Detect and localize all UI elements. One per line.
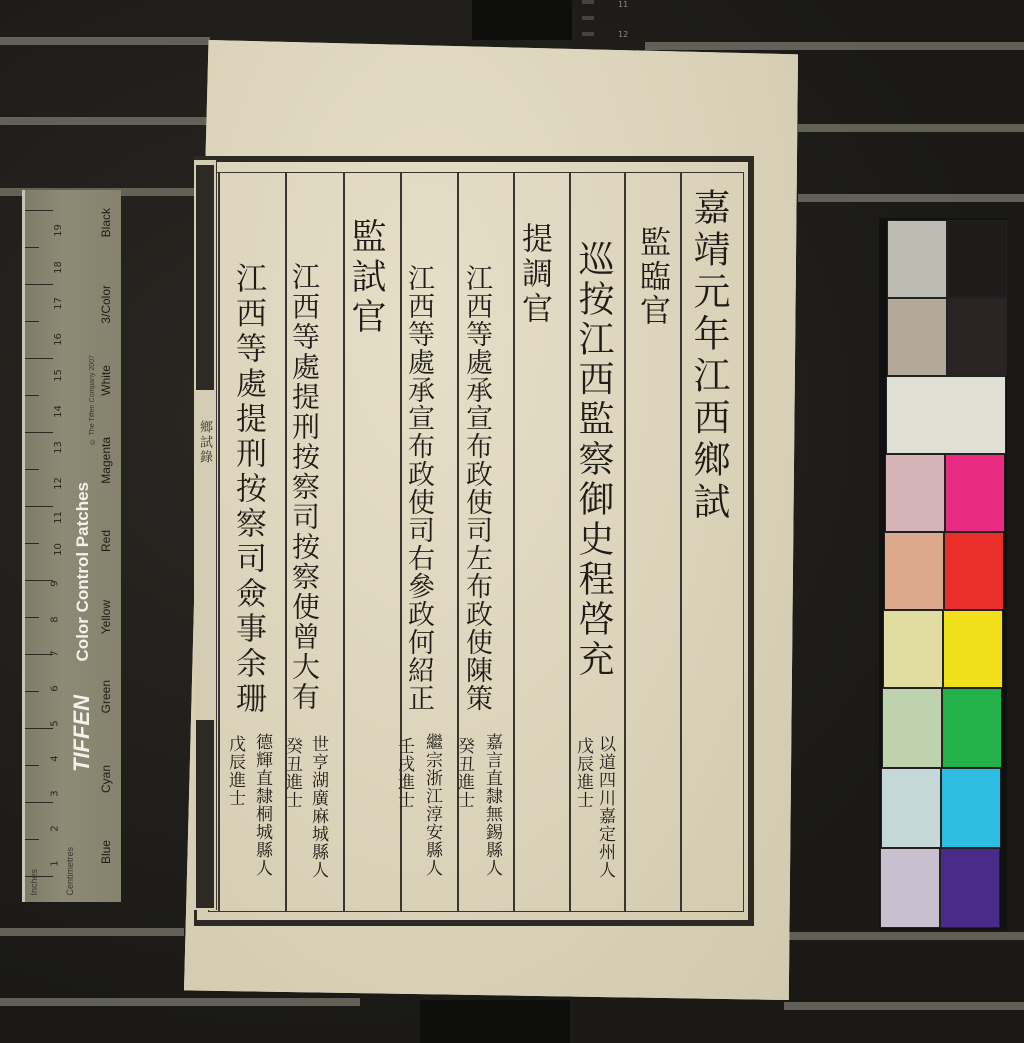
tiffen-logo: TIFFEN [69, 695, 95, 772]
ruler-tick [25, 395, 39, 396]
cm-mark: 11 [53, 511, 64, 524]
patch-label-3color: 3/Color [99, 285, 113, 324]
cm-mark: 7 [50, 650, 61, 656]
patch-black [947, 220, 1007, 298]
entry-he-shaozheng: 江西等處承宣布政使司右參政何紹正 [405, 264, 432, 712]
cm-mark: 19 [53, 224, 64, 237]
ruler-tick [25, 802, 53, 803]
patch-magenta [945, 454, 1005, 532]
patch-label-white: White [99, 365, 113, 396]
patch-peach [884, 532, 944, 610]
bed-stripe [0, 928, 184, 936]
cm-mark: 17 [53, 297, 64, 310]
fold-fishtail-bottom [196, 720, 214, 908]
patch-violet [940, 848, 1000, 928]
patch-label-green: Green [99, 680, 113, 713]
cm-mark: 1 [50, 860, 61, 866]
document-title: 嘉靖元年江西鄉試 [690, 188, 727, 524]
bed-gap [420, 1000, 570, 1043]
entry-note-left: 癸丑進士 [455, 737, 472, 809]
cm-mark: 13 [53, 441, 64, 454]
patch-green [942, 688, 1002, 768]
top-ruler-mark: 11 [618, 0, 628, 9]
top-ruler [582, 0, 594, 45]
fold-label: 鄉試錄 [196, 420, 214, 465]
cm-mark: 3 [50, 790, 61, 796]
cm-mark: 9 [50, 580, 61, 586]
bed-stripe [645, 42, 1024, 50]
entry-cheng-qichong: 巡按江西監察御史程啓充 [575, 240, 611, 680]
heading-jianlin-guan: 監臨官 [636, 226, 667, 328]
ruler-tick [25, 506, 53, 507]
entry-note-right: 繼宗浙江淳安縣人 [423, 733, 440, 877]
tiffen-copyright: © The Tiffen Company 2007 [89, 355, 96, 444]
cm-mark: 2 [50, 825, 61, 831]
patch-cyan [941, 768, 1001, 848]
cm-mark: 8 [50, 616, 61, 622]
entry-note-right: 以道四川嘉定州人 [596, 735, 613, 879]
top-ruler-mark: 12 [618, 30, 628, 39]
bed-stripe [0, 998, 360, 1006]
cm-mark: 14 [53, 405, 64, 418]
ruler-tick [25, 247, 39, 248]
patch-label-cyan: Cyan [99, 765, 113, 793]
patch-label-blue: Blue [99, 840, 113, 864]
cm-mark: 10 [53, 543, 64, 556]
patch-light-pink [885, 454, 945, 532]
bed-gap [472, 0, 572, 40]
cm-mark: 18 [53, 261, 64, 274]
ruler-tick [25, 691, 39, 692]
entry-note-left: 癸丑進士 [283, 737, 300, 809]
column-rule [624, 172, 626, 912]
bed-stripe [798, 124, 1024, 132]
ruler-tick [25, 728, 53, 729]
column-rule [343, 172, 345, 912]
ruler-tick [25, 617, 39, 618]
ruler-tick [25, 765, 39, 766]
units-inches-label: Inches [29, 869, 39, 896]
units-cm-label: Centimetres [65, 847, 75, 896]
color-reference-chart [879, 218, 1007, 930]
entry-yu-shan: 江西等處提刑按察司僉事余珊 [232, 262, 263, 717]
cm-mark: 15 [53, 369, 64, 382]
ruler-tick [25, 432, 53, 433]
bed-stripe [0, 117, 210, 125]
patch-white [886, 376, 1006, 454]
ruler-tick [25, 839, 39, 840]
column-rule [680, 172, 682, 912]
patch-red [944, 532, 1004, 610]
patch-light-gray [887, 220, 947, 298]
patch-warm-gray [887, 298, 947, 376]
bed-stripe [0, 37, 210, 45]
bed-stripe [798, 194, 1024, 202]
tiffen-title: Color Control Patches [73, 482, 93, 661]
ruler-tick [25, 358, 53, 359]
column-rule [569, 172, 571, 912]
cm-mark: 4 [50, 755, 61, 761]
cm-mark: 5 [50, 720, 61, 726]
cm-mark: 6 [50, 685, 61, 691]
entry-note-left: 戊辰進士 [574, 737, 591, 809]
entry-chen-ce: 江西等處承宣布政使司左布政使陳策 [463, 264, 490, 712]
patch-label-red: Red [99, 530, 113, 552]
fold-fishtail-top [196, 165, 214, 390]
ruler-tick [25, 321, 39, 322]
column-rule [218, 172, 220, 912]
entry-zeng-dayou: 江西等處提刑按察司按察使曾大有 [290, 262, 318, 712]
ruler-tick [25, 469, 39, 470]
patch-label-magenta: Magenta [99, 437, 113, 484]
ruler-tick [25, 210, 53, 211]
entry-note-right: 嘉言直隸無錫縣人 [483, 733, 500, 877]
heading-tidiao-guan: 提調官 [518, 222, 549, 327]
patch-pale-green [882, 688, 942, 768]
patch-pale-lavender [880, 848, 940, 928]
patch-yellow [943, 610, 1003, 688]
ruler-tick [25, 543, 39, 544]
entry-note-right: 德輝直隸桐城縣人 [253, 733, 270, 877]
patch-pale-yellow [883, 610, 943, 688]
tiffen-color-strip: 19 18 17 16 15 14 13 12 11 10 9 8 7 6 5 … [22, 190, 121, 902]
cm-mark: 12 [53, 477, 64, 490]
patch-label-black: Black [99, 208, 113, 237]
column-rule [513, 172, 515, 912]
entry-note-right: 世亨湖廣麻城縣人 [309, 735, 326, 879]
entry-note-left: 壬戌進士 [395, 737, 412, 809]
heading-jianshi-guan: 監試官 [348, 218, 383, 338]
ruler-tick [25, 284, 53, 285]
patch-dark-brown [947, 298, 1007, 376]
patch-pale-cyan [881, 768, 941, 848]
bed-stripe [784, 1002, 1024, 1010]
patch-label-yellow: Yellow [99, 600, 113, 634]
entry-note-left: 戊辰進士 [226, 735, 243, 807]
cm-mark: 16 [53, 333, 64, 346]
bed-stripe [784, 932, 1024, 940]
